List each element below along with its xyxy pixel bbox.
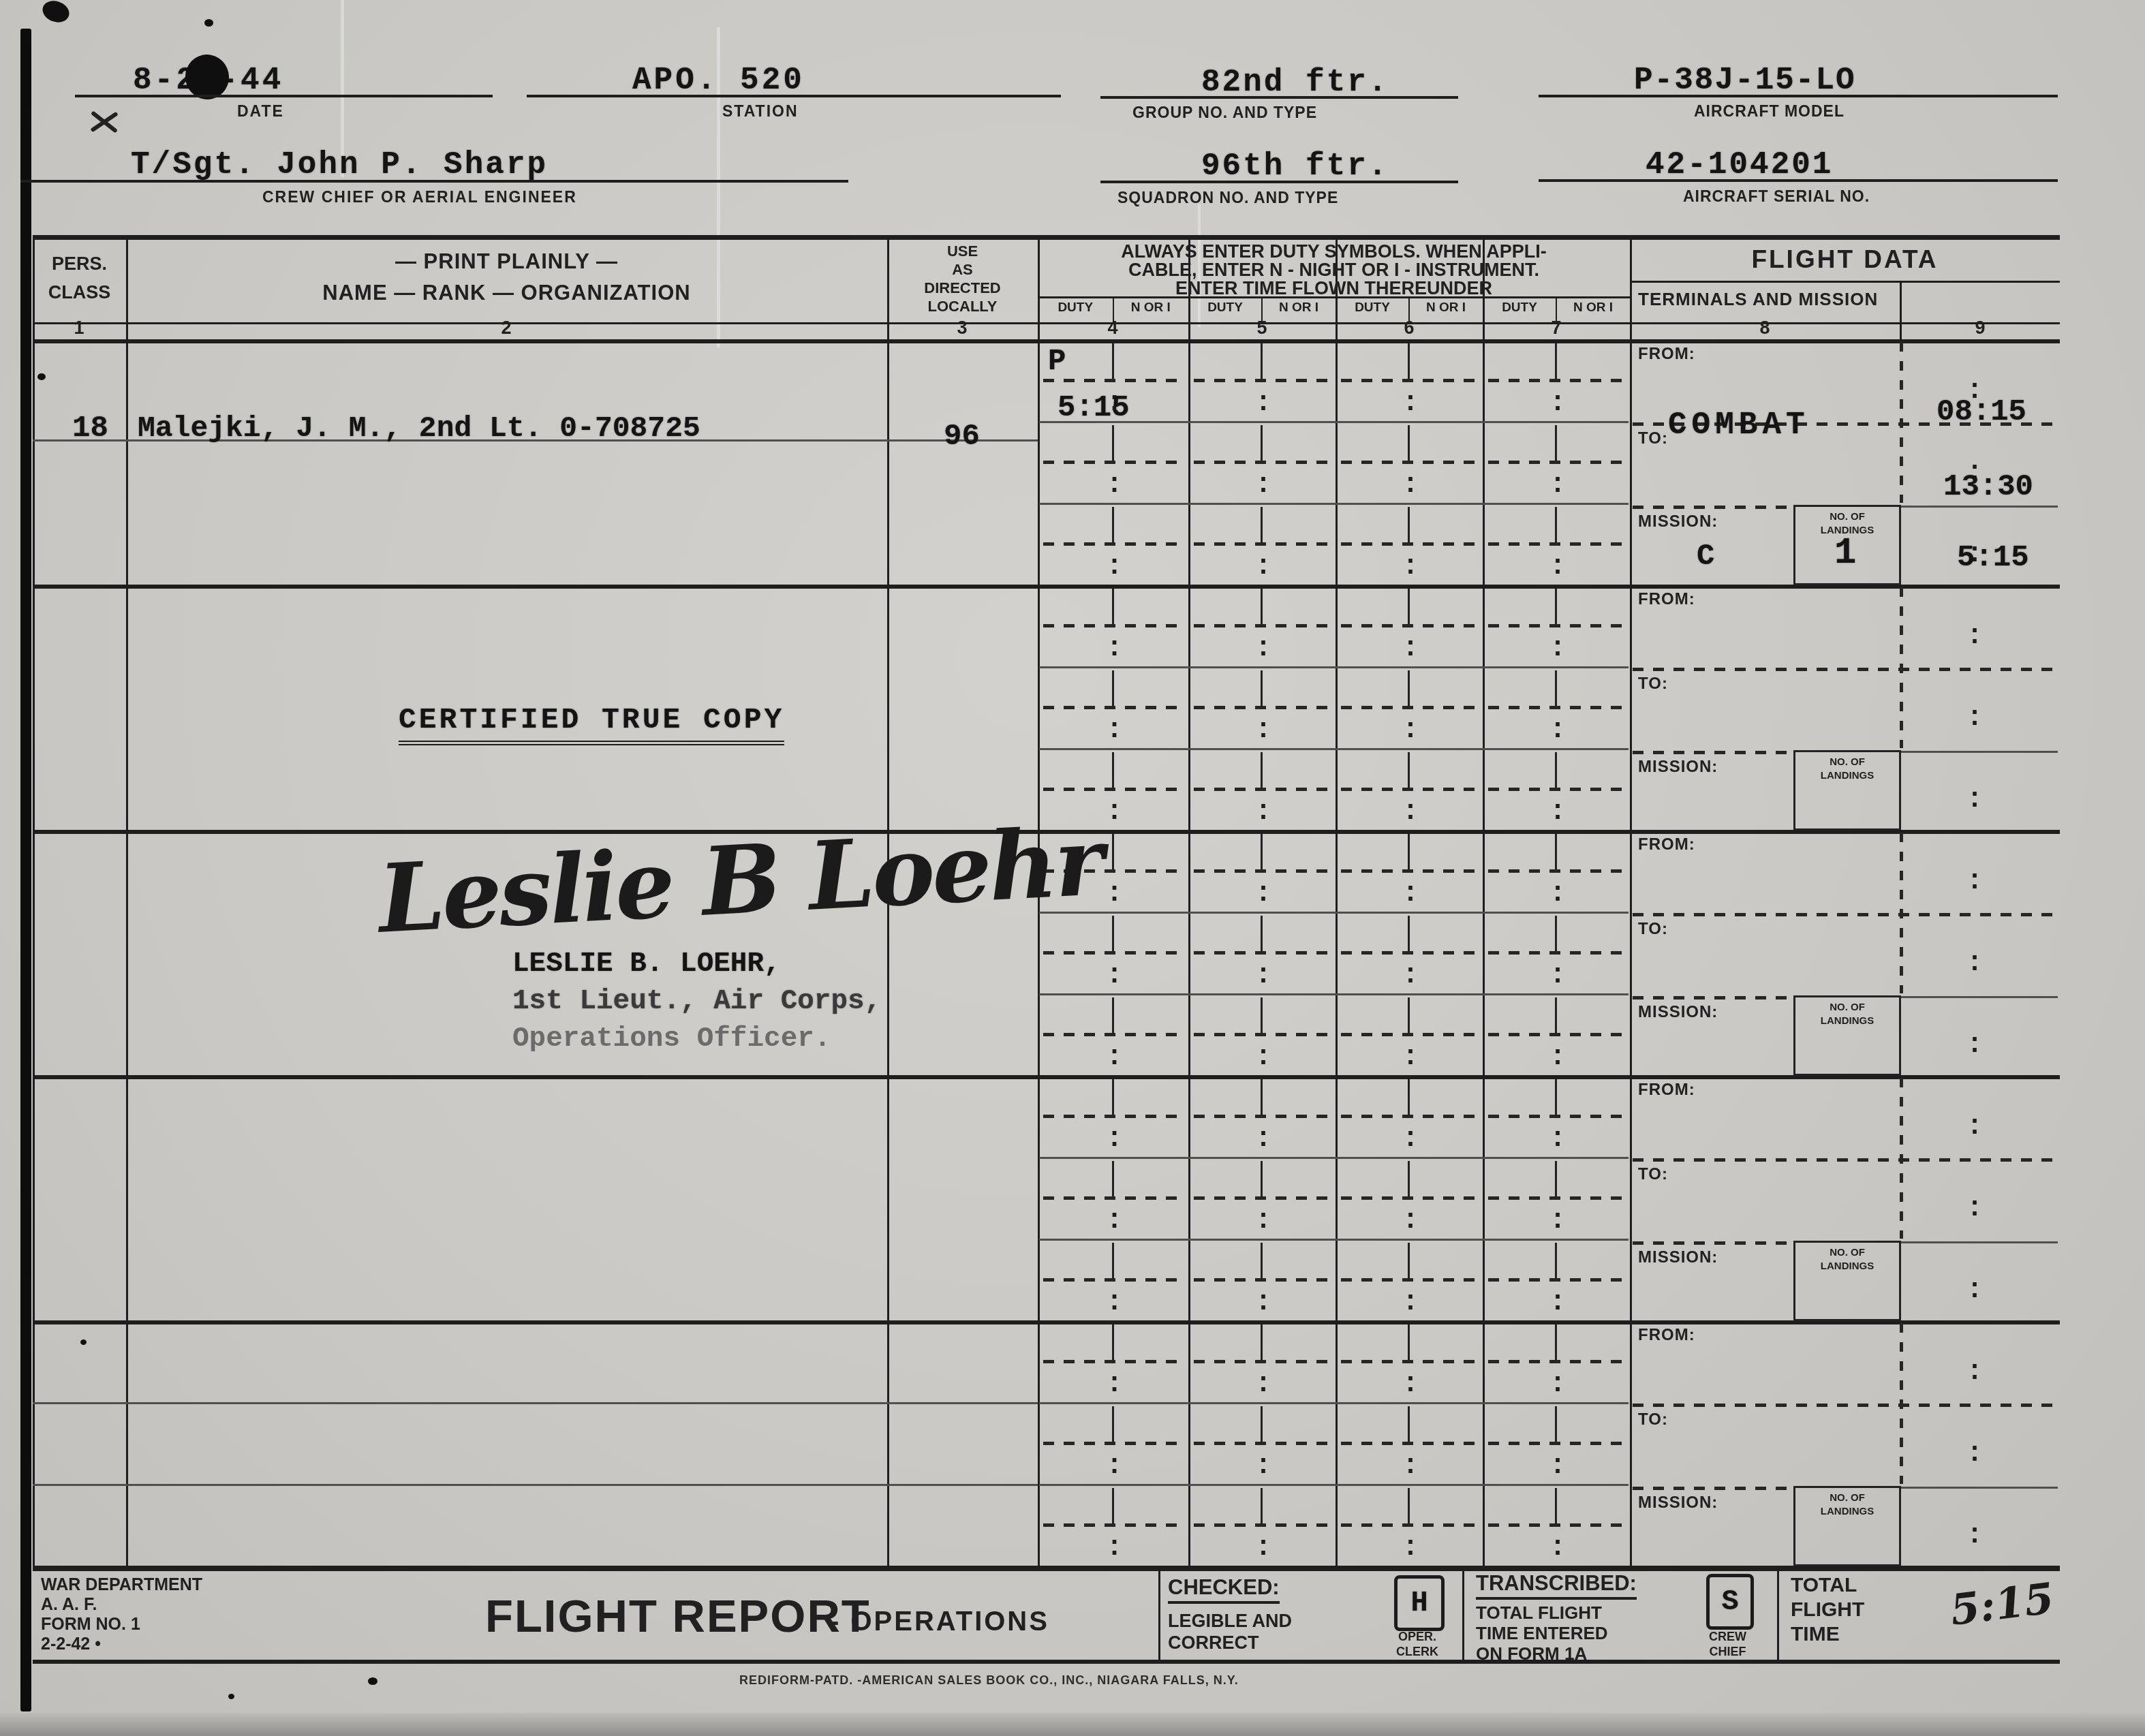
flight-time-colon: : bbox=[1966, 1112, 1983, 1143]
entry-pers-class: 18 bbox=[72, 412, 108, 446]
col-divider bbox=[1483, 235, 1485, 1566]
serial-label: AIRCRAFT SERIAL NO. bbox=[1683, 187, 1870, 206]
landings-label: LANDINGS bbox=[1793, 1015, 1901, 1027]
duty-dashed-rule bbox=[1043, 706, 1183, 709]
duty-time-colon: : bbox=[1255, 1369, 1271, 1400]
entry-num-landings: 1 bbox=[1834, 533, 1856, 574]
duty-time-colon: : bbox=[1255, 1206, 1271, 1237]
duty-time-colon: : bbox=[1402, 1042, 1419, 1073]
duty-dashed-rule bbox=[1043, 1196, 1183, 1200]
signature: Leslie B Loehr bbox=[375, 805, 1104, 954]
squadron-label: SQUADRON NO. AND TYPE bbox=[1117, 189, 1338, 207]
flight-time-colon: : bbox=[1966, 1275, 1983, 1306]
to-mission-dashed-rule bbox=[1633, 751, 1793, 754]
duty-dashed-rule bbox=[1341, 869, 1477, 873]
duty-subcol-divider bbox=[1555, 670, 1557, 706]
date-rule bbox=[75, 95, 493, 97]
date-label: DATE bbox=[237, 102, 284, 121]
duty-subcol-divider bbox=[1261, 1243, 1263, 1278]
flight-time-colon: : bbox=[1966, 785, 1983, 816]
duty-time-colon: : bbox=[1255, 1042, 1271, 1073]
squadron-rule bbox=[1100, 181, 1458, 183]
crew-chief-initial-box: S bbox=[1706, 1574, 1754, 1630]
flight-report-scan: 8-28-44 DATE APO. 520 STATION 82nd ftr. … bbox=[0, 0, 2145, 1736]
duty-time-colon: : bbox=[1107, 1451, 1123, 1482]
to-label: TO: bbox=[1638, 429, 1668, 448]
serial-rule bbox=[1539, 179, 2058, 182]
duty-time-colon: : bbox=[1107, 1124, 1123, 1155]
transcribed-role: CHIEF bbox=[1688, 1645, 1767, 1659]
duty-time-colon: : bbox=[1402, 1533, 1419, 1564]
duty-dashed-rule bbox=[1488, 1115, 1624, 1118]
duty-dashed-rule bbox=[1194, 542, 1330, 546]
total-line: FLIGHT bbox=[1791, 1598, 1864, 1622]
use-locally-header: DIRECTED bbox=[887, 279, 1038, 297]
entry-terminal: COMBAT bbox=[1668, 407, 1810, 443]
duty-subcol-divider bbox=[1261, 425, 1263, 461]
mission-label: MISSION: bbox=[1638, 1003, 1718, 1022]
duty-subcol-divider bbox=[1408, 1406, 1410, 1442]
duty-time-colon: : bbox=[1107, 797, 1123, 828]
duty-dashed-rule bbox=[1341, 951, 1477, 955]
duty-dashed-rule bbox=[1341, 1523, 1477, 1527]
duty-subcol-divider bbox=[1112, 1324, 1114, 1360]
group-label: GROUP NO. AND TYPE bbox=[1132, 104, 1317, 122]
duty-time-colon: : bbox=[1549, 470, 1566, 501]
duty-subcol-divider bbox=[1112, 1488, 1114, 1523]
duty-dashed-rule bbox=[1194, 1360, 1330, 1363]
duty-dashed-rule bbox=[1341, 461, 1477, 464]
landings-label: NO. OF bbox=[1793, 756, 1901, 768]
duty-dashed-rule bbox=[1341, 1278, 1477, 1282]
duty-subcol-divider bbox=[1261, 752, 1263, 788]
ink-speck bbox=[204, 19, 213, 27]
duty-dashed-rule bbox=[1341, 788, 1477, 791]
agency-line: A. A. F. bbox=[41, 1595, 97, 1615]
duty-time-colon: : bbox=[1549, 552, 1566, 583]
duty-subcol-divider bbox=[1261, 1406, 1263, 1442]
to-label: TO: bbox=[1638, 920, 1668, 939]
from-label: FROM: bbox=[1638, 1081, 1695, 1100]
duty-subcol-divider bbox=[1555, 1243, 1557, 1278]
duty-subcol-divider bbox=[1408, 1243, 1410, 1278]
duty-subcol-divider bbox=[1408, 343, 1410, 379]
flight-time-colon: : bbox=[1966, 621, 1983, 652]
duty-time-colon: : bbox=[1255, 1533, 1271, 1564]
duty-dashed-rule bbox=[1488, 1033, 1624, 1036]
duty-time-colon: : bbox=[1255, 1288, 1271, 1318]
transcribed-heading: TRANSCRIBED: bbox=[1476, 1571, 1637, 1600]
duty-time-colon: : bbox=[1549, 634, 1566, 664]
duty-time-colon: : bbox=[1255, 879, 1271, 910]
duty-dashed-rule bbox=[1043, 951, 1183, 955]
landings-label: NO. OF bbox=[1793, 1492, 1901, 1504]
landings-label: LANDINGS bbox=[1793, 770, 1901, 781]
duty-time-colon: : bbox=[1402, 961, 1419, 991]
duty-time-colon: : bbox=[1255, 961, 1271, 991]
station-label: STATION bbox=[722, 102, 799, 121]
duty-dashed-rule bbox=[1488, 869, 1624, 873]
column-number: 6 bbox=[1382, 317, 1436, 339]
landings-label: NO. OF bbox=[1793, 1002, 1901, 1013]
agency-line: FORM NO. 1 bbox=[41, 1615, 140, 1634]
mission-row-rule bbox=[1901, 1241, 2058, 1243]
col8-9-dashed-divider bbox=[1900, 342, 1903, 503]
duty-subcol-divider bbox=[1112, 752, 1114, 788]
mission-row-rule bbox=[1901, 996, 2058, 998]
duty-time-colon: : bbox=[1107, 879, 1123, 910]
duty-subcol-divider bbox=[1408, 425, 1410, 461]
mission-row-rule bbox=[1901, 1487, 2058, 1489]
duty-dashed-rule bbox=[1194, 1033, 1330, 1036]
duty-dashed-rule bbox=[1488, 624, 1624, 627]
duty-subrow-rule bbox=[1039, 503, 1629, 505]
duty-subrow-rule bbox=[1039, 666, 1629, 668]
footer-divider bbox=[1158, 1571, 1160, 1660]
duty-time-colon: : bbox=[1549, 1206, 1566, 1237]
flight-time-colon: : bbox=[1966, 1030, 1983, 1061]
duty-subcol-divider bbox=[1408, 997, 1410, 1033]
duty-subcol-divider bbox=[1261, 916, 1263, 951]
duty-time-colon: : bbox=[1107, 634, 1123, 664]
entry-use-locally: 96 bbox=[944, 420, 980, 454]
duty-subcol-divider bbox=[1555, 1161, 1557, 1196]
duty-time-colon: : bbox=[1107, 715, 1123, 746]
duty-subcol-divider bbox=[1261, 1161, 1263, 1196]
duty-subrow-rule bbox=[1039, 748, 1629, 750]
duty-subcol-divider bbox=[1408, 752, 1410, 788]
ink-speck bbox=[80, 1339, 87, 1345]
duty-time-colon: : bbox=[1549, 1369, 1566, 1400]
duty-time-colon: : bbox=[1549, 961, 1566, 991]
entry-block-time: 5:15 bbox=[1957, 541, 2029, 575]
column-number: 1 bbox=[52, 317, 106, 339]
use-locally-header: USE bbox=[887, 243, 1038, 260]
duty-subcol-divider bbox=[1555, 1079, 1557, 1115]
duty-subcol-divider bbox=[1112, 1243, 1114, 1278]
duty-dashed-rule bbox=[1194, 1196, 1330, 1200]
duty-dashed-rule bbox=[1194, 1278, 1330, 1282]
duty-subcol-divider bbox=[1408, 916, 1410, 951]
checked-role: CLERK bbox=[1376, 1645, 1458, 1659]
duty-subcol-divider bbox=[1112, 916, 1114, 951]
duty-time-colon: : bbox=[1107, 961, 1123, 991]
aircraft-model-value: P-38J-15-LO bbox=[1634, 63, 1856, 98]
duty-time-colon: : bbox=[1402, 470, 1419, 501]
duty-instructions: ENTER TIME FLOWN THEREUNDER bbox=[1038, 278, 1630, 299]
to-mission-dashed-rule bbox=[1633, 1241, 1793, 1245]
duty-time-colon: : bbox=[1402, 1369, 1419, 1400]
duty-dashed-rule bbox=[1341, 542, 1477, 546]
scan-edge-bar bbox=[20, 29, 31, 1711]
column-number: 5 bbox=[1235, 317, 1289, 339]
duty-time-colon: : bbox=[1402, 797, 1419, 828]
duty-time-colon: : bbox=[1402, 1206, 1419, 1237]
agency-line: 2-2-42 • bbox=[41, 1634, 101, 1654]
duty-subcol-divider bbox=[1261, 997, 1263, 1033]
checked-line: CORRECT bbox=[1168, 1632, 1259, 1654]
duty-dashed-rule bbox=[1488, 951, 1624, 955]
transcribed-role: CREW bbox=[1688, 1630, 1767, 1644]
duty-time-colon: : bbox=[1549, 715, 1566, 746]
duty-time-colon: : bbox=[1402, 634, 1419, 664]
duty-subcol-divider bbox=[1112, 507, 1114, 542]
duty-dashed-rule bbox=[1043, 542, 1183, 546]
pers-class-header: PERS. bbox=[33, 253, 126, 275]
duty-time-colon: : bbox=[1549, 1533, 1566, 1564]
duty-time-colon: : bbox=[1402, 715, 1419, 746]
duty-dashed-rule bbox=[1043, 1033, 1183, 1036]
duty-subcol-divider bbox=[1408, 1324, 1410, 1360]
duty-subcol-divider bbox=[1555, 1324, 1557, 1360]
flight-time-colon: : bbox=[1966, 1439, 1983, 1470]
pers-class-header-2: CLASS bbox=[33, 282, 126, 303]
block-rule bbox=[33, 1075, 2060, 1079]
from-to-dashed-rule bbox=[1633, 1404, 2058, 1407]
table-left-border bbox=[33, 235, 35, 1566]
flight-time-colon: : bbox=[1966, 1194, 1983, 1224]
duty-dashed-rule bbox=[1043, 461, 1183, 464]
total-flight-time-value: 5:15 bbox=[1947, 1573, 2056, 1635]
duty-subcol-divider bbox=[1408, 1488, 1410, 1523]
total-line: TOTAL bbox=[1791, 1574, 1857, 1597]
transcribed-line: TIME ENTERED bbox=[1476, 1623, 1608, 1644]
duty-subcol-divider bbox=[1112, 343, 1114, 379]
duty-dashed-rule bbox=[1194, 706, 1330, 709]
duty-dashed-rule bbox=[1341, 379, 1477, 382]
station-rule bbox=[527, 95, 1061, 97]
duty-dashed-rule bbox=[1194, 1442, 1330, 1445]
duty-dashed-rule bbox=[1488, 542, 1624, 546]
footer-divider bbox=[1462, 1571, 1464, 1660]
duty-subrow-rule bbox=[1039, 912, 1629, 914]
duty-time-colon: : bbox=[1549, 1124, 1566, 1155]
duty-subheader: DUTY bbox=[1336, 300, 1409, 315]
duty-subcol-divider bbox=[1555, 834, 1557, 869]
flight-data-rule bbox=[1630, 281, 2060, 283]
duty-dashed-rule bbox=[1488, 1442, 1624, 1445]
duty-time-colon: : bbox=[1255, 388, 1271, 419]
to-mission-dashed-rule bbox=[1633, 1487, 1793, 1490]
transcribed-line: ON FORM 1A bbox=[1476, 1643, 1587, 1664]
duty-subcol-divider bbox=[1261, 1324, 1263, 1360]
duty-dashed-rule bbox=[1488, 1360, 1624, 1363]
ink-speck bbox=[37, 373, 46, 380]
roster-writing-line bbox=[33, 1484, 1038, 1486]
signer-title: Operations Officer. bbox=[512, 1023, 831, 1055]
to-mission-dashed-rule bbox=[1633, 996, 1793, 999]
squadron-value: 96th ftr. bbox=[1201, 149, 1389, 184]
col8-9-header-divider bbox=[1900, 281, 1902, 339]
footer-top-rule bbox=[33, 1566, 2060, 1571]
entry-mission-symbol: C bbox=[1697, 540, 1714, 574]
duty-subcol-divider bbox=[1408, 1161, 1410, 1196]
column-number: 8 bbox=[1738, 317, 1792, 339]
column-number: 7 bbox=[1529, 317, 1584, 339]
duty-time-colon: : bbox=[1255, 634, 1271, 664]
entry-takeoff-time: 08:15 bbox=[1936, 395, 2026, 429]
flight-time-colon: : bbox=[1966, 1521, 1983, 1551]
column-number: 9 bbox=[1953, 317, 2007, 339]
duty-dashed-rule bbox=[1194, 869, 1330, 873]
duty-subcol-divider bbox=[1408, 507, 1410, 542]
duty-subcol-divider bbox=[1261, 589, 1263, 624]
duty-subcol-divider bbox=[1408, 1079, 1410, 1115]
duty-subcol-divider bbox=[1261, 1488, 1263, 1523]
duty-subrow-rule bbox=[1039, 993, 1629, 995]
terminals-header: TERMINALS AND MISSION bbox=[1638, 289, 1878, 310]
duty-dashed-rule bbox=[1341, 1033, 1477, 1036]
duty-subcol-divider bbox=[1261, 343, 1263, 379]
n-or-i-subheader: N OR I bbox=[1113, 300, 1189, 315]
duty-dashed-rule bbox=[1194, 379, 1330, 382]
duty-time-colon: : bbox=[1549, 1288, 1566, 1318]
duty-subcol-divider bbox=[1555, 752, 1557, 788]
transcribed-line: TOTAL FLIGHT bbox=[1476, 1602, 1602, 1624]
col8-9-dashed-divider bbox=[1900, 833, 1903, 993]
duty-subcol-divider bbox=[1555, 425, 1557, 461]
duty-subcol-divider bbox=[1112, 834, 1114, 869]
duty-time-colon: : bbox=[1107, 1369, 1123, 1400]
duty-dashed-rule bbox=[1043, 379, 1183, 382]
duty-subcol-divider bbox=[1261, 834, 1263, 869]
group-value: 82nd ftr. bbox=[1201, 65, 1389, 100]
duty-subcol-divider bbox=[1261, 1079, 1263, 1115]
duty-time-colon: : bbox=[1255, 1124, 1271, 1155]
footer-bottom-rule bbox=[33, 1660, 2060, 1664]
duty-subheader: DUTY bbox=[1038, 300, 1113, 315]
flight-time-colon: : bbox=[1966, 1357, 1983, 1388]
duty-time-colon: : bbox=[1549, 797, 1566, 828]
duty-dashed-rule bbox=[1488, 1278, 1624, 1282]
serial-value: 42-104201 bbox=[1646, 147, 1833, 183]
duty-subcol-divider bbox=[1112, 1406, 1114, 1442]
signer-name: LESLIE B. LOEHR, bbox=[512, 948, 781, 980]
ink-speck bbox=[368, 1677, 377, 1685]
name-rank-header: NAME — RANK — ORGANIZATION bbox=[126, 281, 887, 305]
duty-time-colon: : bbox=[1402, 1288, 1419, 1318]
duty-dashed-rule bbox=[1488, 379, 1624, 382]
ink-speck bbox=[228, 1694, 234, 1699]
duty-subcol-divider bbox=[1261, 507, 1263, 542]
oper-clerk-initial-box: H bbox=[1394, 1575, 1445, 1631]
duty-time-colon: : bbox=[1549, 1042, 1566, 1073]
duty-dashed-rule bbox=[1043, 1115, 1183, 1118]
from-label: FROM: bbox=[1638, 835, 1695, 854]
transcribed-initial: S bbox=[1721, 1585, 1738, 1618]
duty-time-colon: : bbox=[1107, 1288, 1123, 1318]
duty-time-colon: : bbox=[1402, 388, 1419, 419]
duty-dashed-rule bbox=[1043, 624, 1183, 627]
duty-subcol-divider bbox=[1408, 670, 1410, 706]
n-or-i-subheader: N OR I bbox=[1556, 300, 1630, 315]
duty-dashed-rule bbox=[1341, 1115, 1477, 1118]
crew-chief-label: CREW CHIEF OR AERIAL ENGINEER bbox=[262, 188, 577, 206]
landings-label: NO. OF bbox=[1793, 511, 1901, 523]
column-number: 2 bbox=[479, 317, 534, 339]
duty-subcol-divider bbox=[1112, 1161, 1114, 1196]
agency-line: WAR DEPARTMENT bbox=[41, 1575, 202, 1595]
duty-subcol-divider bbox=[1555, 507, 1557, 542]
col-divider bbox=[1188, 235, 1190, 1566]
entry-duty-symbol: P bbox=[1048, 345, 1066, 379]
station-value: APO. 520 bbox=[632, 63, 805, 98]
aircraft-model-label: AIRCRAFT MODEL bbox=[1694, 102, 1845, 121]
duty-subcol-divider bbox=[1112, 589, 1114, 624]
entry-name: Malejki, J. M., 2nd Lt. 0-708725 bbox=[138, 412, 700, 445]
duty-dashed-rule bbox=[1194, 624, 1330, 627]
certified-true-copy-stamp: CERTIFIED TRUE COPY bbox=[399, 703, 784, 745]
n-or-i-subheader: N OR I bbox=[1409, 300, 1483, 315]
from-label: FROM: bbox=[1638, 1326, 1695, 1345]
duty-subcol-divider bbox=[1555, 1488, 1557, 1523]
duty-subrow-rule bbox=[1039, 1484, 1629, 1486]
flight-data-header: FLIGHT DATA bbox=[1630, 245, 2060, 274]
col8-9-dashed-divider bbox=[1900, 587, 1903, 748]
col8-9-dashed-divider bbox=[1900, 1078, 1903, 1239]
duty-dashed-rule bbox=[1194, 461, 1330, 464]
from-to-dashed-rule bbox=[1633, 1158, 2058, 1162]
duty-subcol-divider bbox=[1112, 1079, 1114, 1115]
duty-time-colon: : bbox=[1549, 388, 1566, 419]
col-divider bbox=[1630, 235, 1632, 1566]
use-locally-header: AS bbox=[887, 261, 1038, 279]
duty-time-colon: : bbox=[1107, 470, 1123, 501]
col-divider bbox=[126, 235, 128, 1566]
print-plainly-header: — PRINT PLAINLY — bbox=[126, 249, 887, 274]
mission-row-rule bbox=[1901, 751, 2058, 753]
duty-subcol-divider bbox=[1112, 425, 1114, 461]
footer-divider bbox=[1777, 1571, 1779, 1660]
from-to-dashed-rule bbox=[1633, 668, 2058, 671]
flight-time-colon: : bbox=[1966, 867, 1983, 897]
duty-time-colon: : bbox=[1402, 552, 1419, 583]
duty-dashed-rule bbox=[1194, 951, 1330, 955]
form-title: FLIGHT REPORT bbox=[485, 1590, 871, 1643]
duty-dashed-rule bbox=[1043, 1360, 1183, 1363]
checked-heading: CHECKED: bbox=[1168, 1575, 1280, 1604]
duty-subcol-divider bbox=[1555, 997, 1557, 1033]
duty-time-colon: : bbox=[1402, 1124, 1419, 1155]
duty-subcol-divider bbox=[1555, 916, 1557, 951]
total-line: TIME bbox=[1791, 1623, 1840, 1646]
from-label: FROM: bbox=[1638, 590, 1695, 609]
mission-label: MISSION: bbox=[1638, 1248, 1718, 1267]
duty-dashed-rule bbox=[1341, 624, 1477, 627]
column-number: 3 bbox=[935, 317, 989, 339]
duty-subrow-rule bbox=[1039, 1157, 1629, 1159]
duty-dashed-rule bbox=[1194, 1523, 1330, 1527]
duty-time-colon: : bbox=[1255, 470, 1271, 501]
duty-dashed-rule bbox=[1488, 1196, 1624, 1200]
signer-rank: 1st Lieut., Air Corps, bbox=[512, 986, 881, 1017]
mission-row-rule bbox=[1901, 506, 2058, 508]
to-mission-dashed-rule bbox=[1633, 506, 1793, 509]
to-label: TO: bbox=[1638, 1410, 1668, 1429]
use-locally-header: LOCALLY bbox=[887, 298, 1038, 315]
duty-time-colon: : bbox=[1549, 1451, 1566, 1482]
landings-label: LANDINGS bbox=[1793, 1506, 1901, 1517]
flight-time-colon: : bbox=[1966, 948, 1983, 979]
duty-subheader: DUTY bbox=[1483, 300, 1556, 315]
crew-chief-value: T/Sgt. John P. Sharp bbox=[131, 147, 548, 183]
duty-subcol-divider bbox=[1408, 834, 1410, 869]
duty-dashed-rule bbox=[1043, 1278, 1183, 1282]
duty-dashed-rule bbox=[1194, 788, 1330, 791]
duty-subcol-divider bbox=[1555, 1406, 1557, 1442]
column-number: 4 bbox=[1085, 317, 1140, 339]
mission-label: MISSION: bbox=[1638, 758, 1718, 777]
